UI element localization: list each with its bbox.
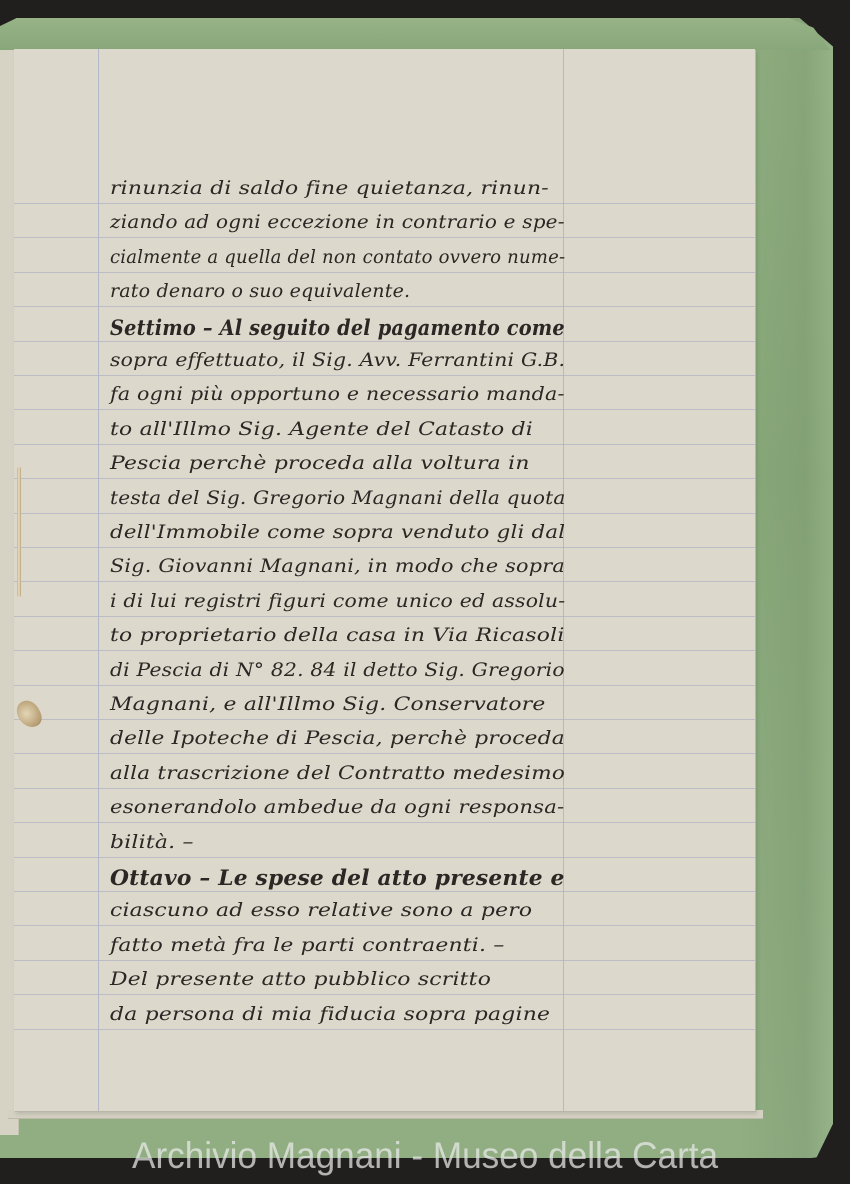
text-line: to proprietario della casa in Via Ricaso… (110, 624, 565, 646)
ruled-line (14, 788, 755, 789)
ruled-line (14, 409, 755, 410)
ruled-line (14, 203, 755, 204)
text-line: Sig. Giovanni Magnani, in modo che sopra (110, 555, 565, 577)
text-line: cialmente a quella del non contato ovver… (110, 246, 565, 268)
ruled-line (14, 306, 755, 307)
ruled-line (14, 375, 755, 376)
ruled-line (14, 1029, 755, 1030)
ruled-line (14, 994, 755, 995)
ruled-line (14, 341, 755, 342)
text-line: Magnani, e all'Illmo Sig. Conservatore (110, 693, 546, 715)
text-line: fatto metà fra le parti contraenti. – (110, 934, 505, 956)
text-line: to all'Illmo Sig. Agente del Catasto di (110, 418, 533, 440)
ruled-line (14, 272, 755, 273)
binding-thread (17, 467, 21, 597)
text-line: delle Ipoteche di Pescia, perchè proceda (110, 727, 565, 749)
text-line: ziando ad ogni eccezione in contrario e … (110, 211, 565, 233)
section-heading-ottavo: Ottavo – Le spese del atto presente e (110, 865, 565, 890)
ruled-line (14, 925, 755, 926)
ruled-line (14, 513, 755, 514)
text-line: rato denaro o suo equivalente. (110, 280, 410, 302)
text-line: esonerandolo ambedue da ogni responsa- (110, 796, 564, 818)
ruled-line (14, 685, 755, 686)
ruled-line (14, 616, 755, 617)
text-line: i di lui registri figuri come unico ed a… (110, 590, 565, 612)
text-line: bilità. – (110, 831, 194, 853)
sheet-stack-edge (8, 1110, 763, 1119)
ruled-line (14, 478, 755, 479)
text-line: ciascuno ad esso relative sono a pero (110, 899, 532, 921)
text-line: sopra effettuato, il Sig. Avv. Ferrantin… (110, 349, 565, 371)
ruled-line (14, 581, 755, 582)
ruled-line (14, 237, 755, 238)
folder-top-fold (0, 18, 830, 50)
ruled-line (14, 753, 755, 754)
text-line: Pescia perchè proceda alla voltura in (110, 452, 530, 474)
ruled-line (14, 547, 755, 548)
text-line: dell'Immobile come sopra venduto gli dal (110, 521, 565, 543)
text-line: rinunzia di saldo fine quietanza, rinun- (110, 177, 549, 199)
ruled-line (14, 822, 755, 823)
ruled-line (14, 444, 755, 445)
right-margin-line (563, 49, 564, 1111)
document-scan: rinunzia di saldo fine quietanza, rinun-… (0, 0, 850, 1184)
text-line: da persona di mia fiducia sopra pagine (110, 1003, 550, 1025)
ruled-line (14, 857, 755, 858)
archive-watermark: Archivio Magnani - Museo della Carta (132, 1135, 718, 1177)
section-heading-settimo: Settimo – Al seguito del pagamento come (110, 315, 565, 340)
ruled-line (14, 891, 755, 892)
text-line: fa ogni più opportuno e necessario manda… (110, 383, 565, 405)
left-margin-line (98, 49, 99, 1111)
ruled-line (14, 650, 755, 651)
text-line: Del presente atto pubblico scritto (110, 968, 491, 990)
ruled-line (14, 960, 755, 961)
text-line: testa del Sig. Gregorio Magnani della qu… (110, 487, 566, 509)
text-line: alla trascrizione del Contratto medesimo (110, 762, 565, 784)
ruled-line (14, 719, 755, 720)
ruled-paper-sheet: rinunzia di saldo fine quietanza, rinun-… (14, 49, 755, 1111)
text-line: di Pescia di N° 82. 84 il detto Sig. Gre… (110, 659, 565, 681)
